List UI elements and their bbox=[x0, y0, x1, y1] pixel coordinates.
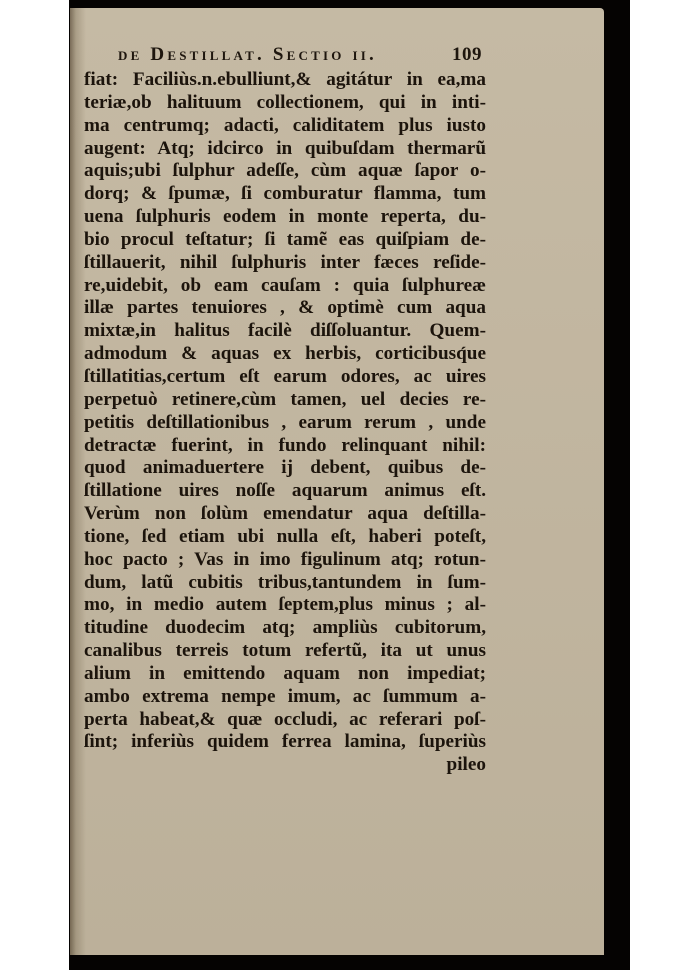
text-line: illæ partes tenuiores , & optimè cum aqu… bbox=[84, 297, 486, 320]
page-body-text: fiat: Faciliùs.n.ebulliunt,& agitátur in… bbox=[84, 69, 486, 777]
text-line: aquis;ubi ſulphur adeſſe, cùm aquæ ſapor… bbox=[84, 160, 486, 183]
catchword: pileo bbox=[84, 754, 486, 777]
text-line: alium in emittendo aquam non impediat; bbox=[84, 663, 486, 686]
text-line: dum, latũ cubitis tribus,tantundem in ſu… bbox=[84, 572, 486, 595]
text-line: dorq; & ſpumæ, ſi comburatur flamma, tum bbox=[84, 183, 486, 206]
text-line: ſtillatitias,certum eſt earum odores, ac… bbox=[84, 366, 486, 389]
text-line: canalibus terreis totum refertũ, ita ut … bbox=[84, 640, 486, 663]
text-line: petitis deſtillationibus , earum rerum ,… bbox=[84, 412, 486, 435]
text-line: mixtæ,in halitus facilè diſſoluantur. Qu… bbox=[84, 320, 486, 343]
text-line: augent: Atq; idcirco in quibuſdam therma… bbox=[84, 138, 486, 161]
running-header: de Destillat. Sectio ii. 109 bbox=[118, 44, 498, 66]
text-line: detractæ fuerint, in fundo relinquant ni… bbox=[84, 435, 486, 458]
text-line: perta habeat,& quæ occludi, ac referari … bbox=[84, 709, 486, 732]
text-line: teriæ,ob halituum collectionem, qui in i… bbox=[84, 92, 486, 115]
text-line: uena ſulphuris eodem in monte reperta, d… bbox=[84, 206, 486, 229]
page-number: 109 bbox=[452, 44, 482, 66]
text-line: hoc pacto ; Vas in imo figulinum atq; ro… bbox=[84, 549, 486, 572]
text-line: Verùm non ſolùm emendatur aqua deſtilla- bbox=[84, 503, 486, 526]
text-line: titudine duodecim atq; ampliùs cubitorum… bbox=[84, 617, 486, 640]
text-line: admodum & aquas ex herbis, corticibusq́u… bbox=[84, 343, 486, 366]
text-line: ſtillatione uires noſſe aquarum animus e… bbox=[84, 480, 486, 503]
text-line: quod animaduertere ij debent, quibus de- bbox=[84, 457, 486, 480]
text-line: ſint; inferiùs quidem ferrea lamina, ſup… bbox=[84, 731, 486, 754]
text-line: bio procul teſtatur; ſi tamẽ eas quiſpia… bbox=[84, 229, 486, 252]
text-line: fiat: Faciliùs.n.ebulliunt,& agitátur in… bbox=[84, 69, 486, 92]
text-line: tione, ſed etiam ubi nulla eſt, haberi p… bbox=[84, 526, 486, 549]
text-line: ſtillauerit, nihil ſulphuris inter fæces… bbox=[84, 252, 486, 275]
text-line: perpetuò retinere,cùm tamen, uel decies … bbox=[84, 389, 486, 412]
text-line: mo, in medio autem ſeptem,plus minus ; a… bbox=[84, 594, 486, 617]
text-line: re,uidebit, ob eam cauſam : quia ſulphur… bbox=[84, 275, 486, 298]
running-head-title: de Destillat. Sectio ii. bbox=[118, 44, 377, 65]
text-line: ma centrumq; adacti, caliditatem plus iu… bbox=[84, 115, 486, 138]
text-line: ambo extrema nempe imum, ac ſummum a- bbox=[84, 686, 486, 709]
